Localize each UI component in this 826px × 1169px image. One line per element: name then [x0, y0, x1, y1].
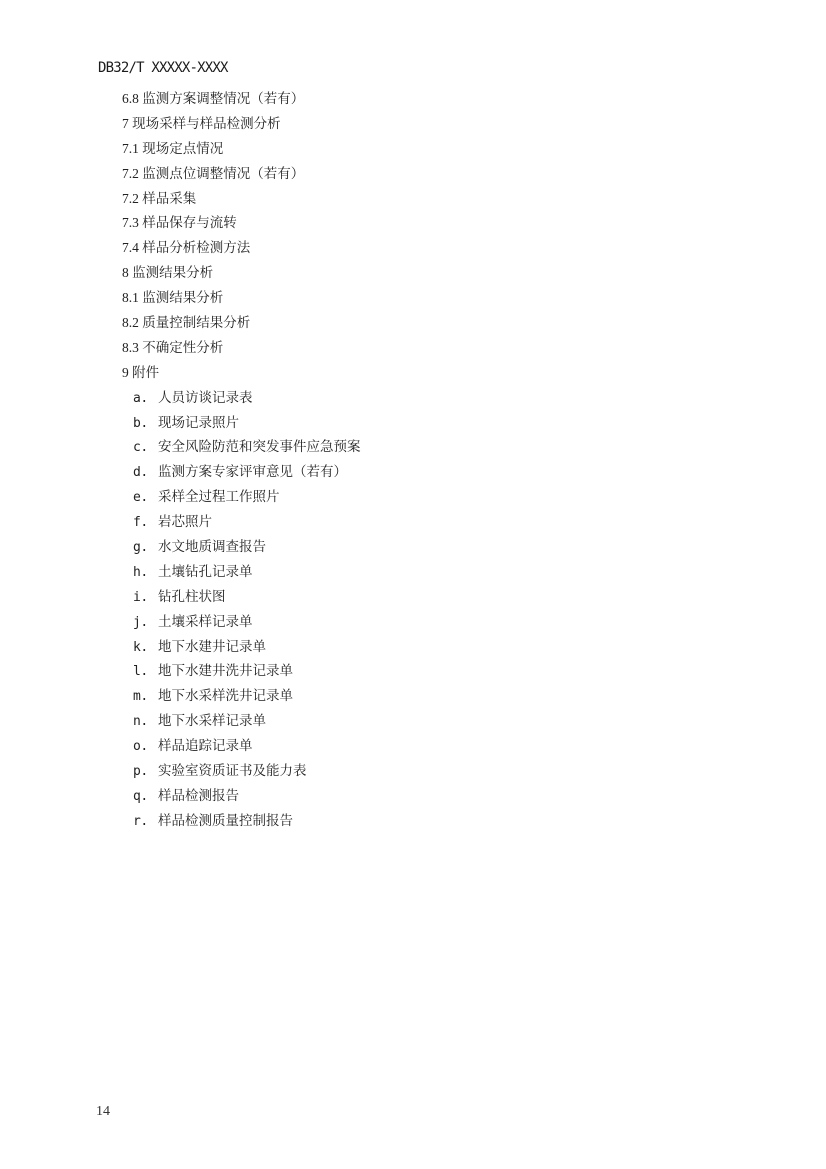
appendix-item-text: 样品检测质量控制报告	[158, 813, 293, 828]
outline-item: 7.3 样品保存与流转	[99, 211, 739, 236]
appendix-item-text: 钻孔柱状图	[158, 589, 226, 604]
appendix-item-marker: a.	[133, 387, 158, 412]
appendix-item: p.实验室资质证书及能力表	[99, 759, 739, 784]
appendix-item-marker: h.	[133, 561, 158, 586]
appendix-item: g.水文地质调查报告	[99, 535, 739, 560]
appendix-item-text: 水文地质调查报告	[158, 539, 266, 554]
appendix-item: r.样品检测质量控制报告	[99, 809, 739, 834]
appendix-item-marker: b.	[133, 412, 158, 437]
appendix-item-marker: e.	[133, 486, 158, 511]
appendix-item: a.人员访谈记录表	[99, 386, 739, 411]
appendix-item-marker: p.	[133, 760, 158, 785]
appendix-item: n.地下水采样记录单	[99, 709, 739, 734]
appendix-item-text: 采样全过程工作照片	[158, 489, 280, 504]
appendix-item: o.样品追踪记录单	[99, 734, 739, 759]
appendix-item-marker: q.	[133, 785, 158, 810]
document-page: DB32/T XXXXX-XXXX 6.8 监测方案调整情况（若有）7 现场采样…	[0, 0, 826, 1169]
appendix-item-text: 现场记录照片	[158, 415, 239, 430]
appendix-item-marker: c.	[133, 436, 158, 461]
outline-item: 9 附件	[99, 361, 739, 386]
appendix-item-text: 样品检测报告	[158, 788, 239, 803]
page-number: 14	[96, 1104, 110, 1120]
outline-item: 7.1 现场定点情况	[99, 137, 739, 162]
appendix-item: q.样品检测报告	[99, 784, 739, 809]
appendix-item-text: 岩芯照片	[158, 514, 212, 529]
outline-item: 8.2 质量控制结果分析	[99, 311, 739, 336]
appendix-item-text: 安全风险防范和突发事件应急预案	[158, 439, 361, 454]
appendix-item-text: 地下水采样洗井记录单	[158, 688, 293, 703]
appendix-item-text: 样品追踪记录单	[158, 738, 253, 753]
appendix-item: m.地下水采样洗井记录单	[99, 684, 739, 709]
appendix-item-text: 土壤钻孔记录单	[158, 564, 253, 579]
appendix-item-text: 实验室资质证书及能力表	[158, 763, 307, 778]
outline-item: 6.8 监测方案调整情况（若有）	[99, 87, 739, 112]
appendix-item: f.岩芯照片	[99, 510, 739, 535]
appendix-item: d.监测方案专家评审意见（若有）	[99, 460, 739, 485]
appendix-item-marker: d.	[133, 461, 158, 486]
appendix-item: i.钻孔柱状图	[99, 585, 739, 610]
appendix-item-marker: m.	[133, 685, 158, 710]
outline-item: 7.4 样品分析检测方法	[99, 236, 739, 261]
appendix-item: j.土壤采样记录单	[99, 610, 739, 635]
appendix-item-marker: i.	[133, 586, 158, 611]
outline-item: 7.2 样品采集	[99, 187, 739, 212]
appendix-item-text: 地下水建井洗井记录单	[158, 663, 293, 678]
appendix-item: k.地下水建井记录单	[99, 635, 739, 660]
appendix-item: h.土壤钻孔记录单	[99, 560, 739, 585]
appendix-item-text: 人员访谈记录表	[158, 390, 253, 405]
outline-item: 8.3 不确定性分析	[99, 336, 739, 361]
appendix-item: l.地下水建井洗井记录单	[99, 659, 739, 684]
appendix-item-marker: f.	[133, 511, 158, 536]
outline-item: 7 现场采样与样品检测分析	[99, 112, 739, 137]
appendix-item-text: 土壤采样记录单	[158, 614, 253, 629]
appendix-item-marker: g.	[133, 536, 158, 561]
outline-item: 7.2 监测点位调整情况（若有）	[99, 162, 739, 187]
appendix-item: c.安全风险防范和突发事件应急预案	[99, 435, 739, 460]
outline-item: 8 监测结果分析	[99, 261, 739, 286]
appendix-item-marker: k.	[133, 636, 158, 661]
toc-outline: 6.8 监测方案调整情况（若有）7 现场采样与样品检测分析7.1 现场定点情况7…	[99, 87, 739, 834]
appendix-item-marker: n.	[133, 710, 158, 735]
document-standard-code: DB32/T XXXXX-XXXX	[98, 60, 228, 76]
outline-item: 8.1 监测结果分析	[99, 286, 739, 311]
appendix-item-marker: o.	[133, 735, 158, 760]
appendix-item-marker: r.	[133, 810, 158, 835]
appendix-item-marker: l.	[133, 660, 158, 685]
appendix-item-text: 监测方案专家评审意见（若有）	[158, 464, 347, 479]
appendix-item-text: 地下水建井记录单	[158, 639, 266, 654]
appendix-item: e.采样全过程工作照片	[99, 485, 739, 510]
appendix-item-text: 地下水采样记录单	[158, 713, 266, 728]
appendix-item: b.现场记录照片	[99, 411, 739, 436]
appendix-item-marker: j.	[133, 611, 158, 636]
